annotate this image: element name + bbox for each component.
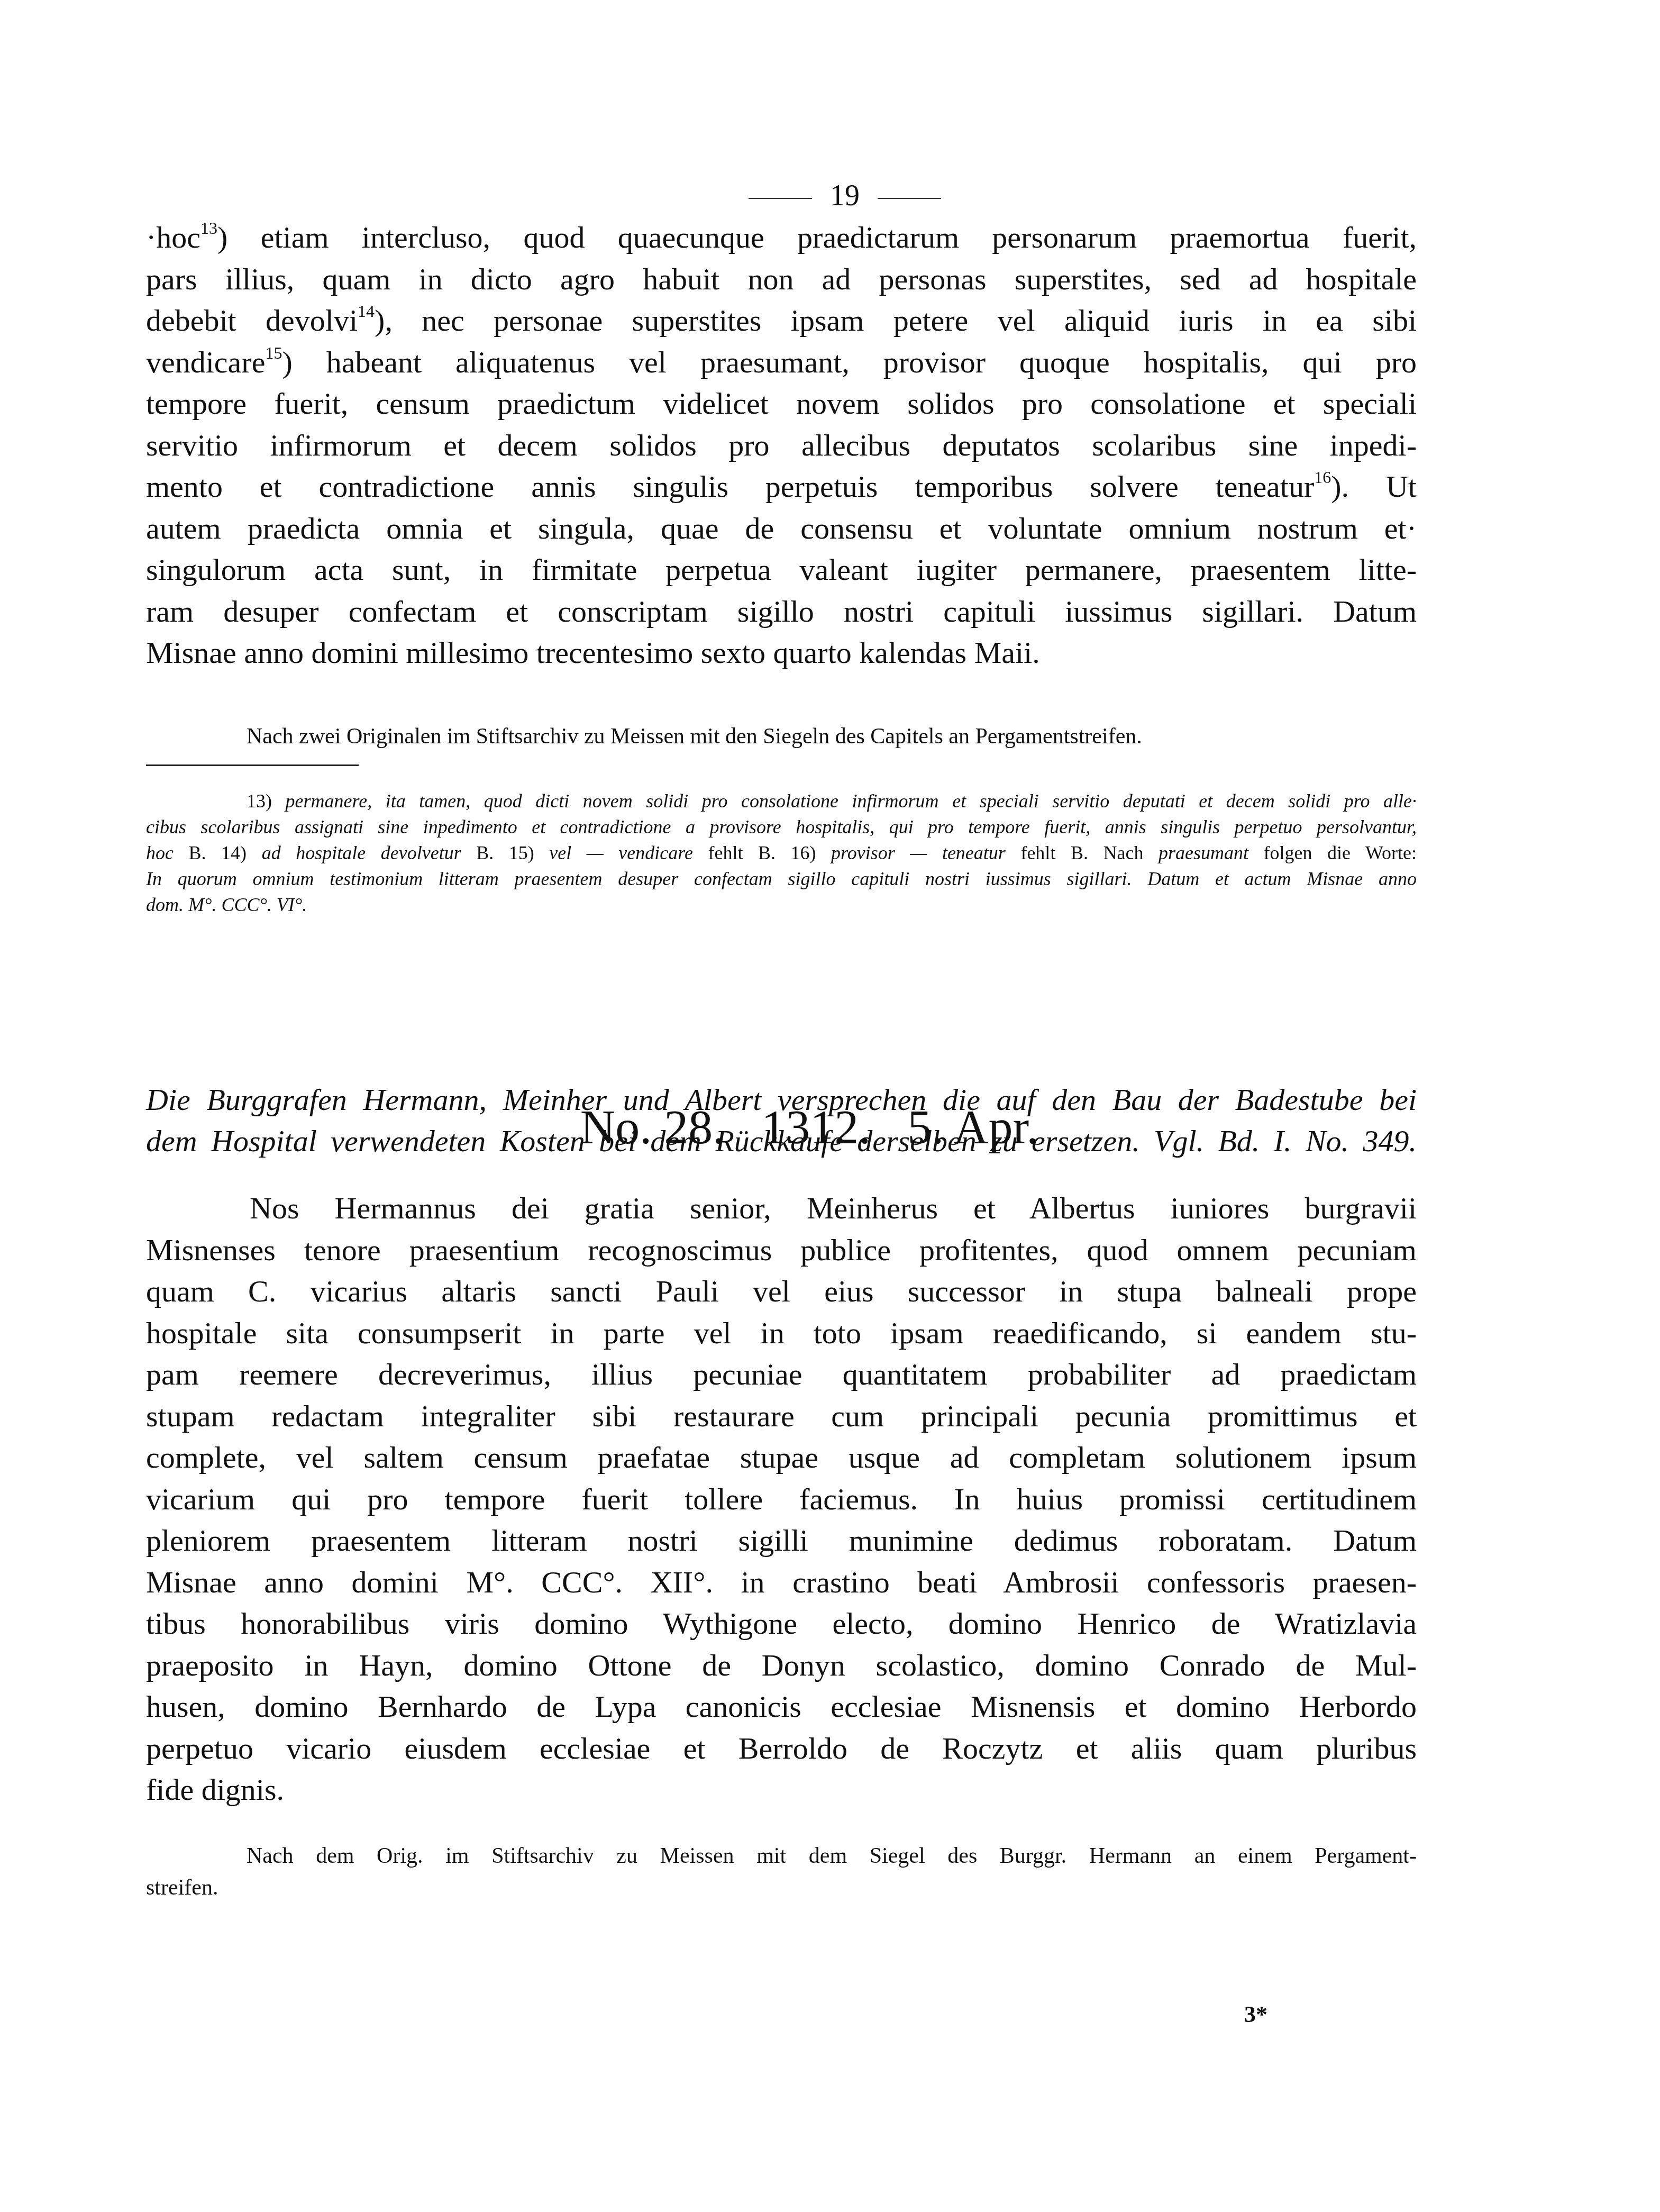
footnote-italic-text: In quorum omnium testimonium litteram pr… bbox=[146, 868, 1417, 889]
text-line: mento et contradictione annis singulis p… bbox=[146, 466, 1417, 508]
text-line: tempore fuerit, censum praedictum videli… bbox=[146, 383, 1417, 425]
charter-27-text: ·hoc13) etiam intercluso, quod quaecunqu… bbox=[146, 217, 1417, 674]
summary-line: Die Burggrafen Hermann, Meinher und Albe… bbox=[146, 1079, 1417, 1121]
text-line: Nos Hermannus dei gratia senior, Meinher… bbox=[146, 1188, 1417, 1230]
charter-28-text: Nos Hermannus dei gratia senior, Meinher… bbox=[146, 1188, 1417, 1811]
charter-summary: Die Burggrafen Hermann, Meinher und Albe… bbox=[146, 1079, 1417, 1162]
charter-28-source-note: Nach dem Orig. im Stiftsarchiv zu Meisse… bbox=[146, 1840, 1417, 1904]
text-line: perpetuo vicario eiusdem ecclesiae et Be… bbox=[146, 1728, 1417, 1770]
footnote-line: cibus scolaribus assignati sine inpedime… bbox=[146, 814, 1417, 840]
footnote-ref[interactable]: 16 bbox=[1314, 468, 1331, 487]
footnote-italic-text: hoc bbox=[146, 842, 174, 863]
footnote-line: 13) permanere, ita tamen, quod dicti nov… bbox=[146, 788, 1417, 814]
text-line: vicarium qui pro tempore fuerit tollere … bbox=[146, 1479, 1417, 1521]
charter-27-source-note: Nach zwei Originalen im Stiftsarchiv zu … bbox=[146, 721, 1417, 752]
footnote-ref[interactable]: 14 bbox=[358, 302, 375, 321]
running-head-dash-right bbox=[878, 198, 941, 199]
footnote-ref[interactable]: 15 bbox=[265, 343, 282, 362]
footnote-italic-text: cibus scolaribus assignati sine inpedime… bbox=[146, 816, 1417, 838]
footnote-text: B. 15) bbox=[461, 842, 550, 863]
footnote-italic-text: praesumant bbox=[1159, 842, 1248, 863]
footnote-italic-text: provisor — teneatur bbox=[831, 842, 1006, 863]
text-line: Misnenses tenore praesentium recognoscim… bbox=[146, 1230, 1417, 1271]
source-note-line: streifen. bbox=[146, 1872, 1417, 1904]
footnote-italic-text: ad hospitale devolvetur bbox=[262, 842, 461, 863]
source-note-line: Nach dem Orig. im Stiftsarchiv zu Meisse… bbox=[146, 1840, 1417, 1872]
footnote-italic-text: permanere, ita tamen, quod dicti novem s… bbox=[286, 790, 1417, 812]
footnotes: 13) permanere, ita tamen, quod dicti nov… bbox=[146, 788, 1417, 918]
text-line: tibus honorabilibus viris domino Wythigo… bbox=[146, 1603, 1417, 1645]
source-note-text: Nach zwei Originalen im Stiftsarchiv zu … bbox=[146, 721, 1417, 752]
document-page: 19 ·hoc13) etiam intercluso, quod quaecu… bbox=[0, 0, 1660, 2212]
summary-line: dem Hospital verwendeten Kosten bei dem … bbox=[146, 1121, 1417, 1162]
text-line: praeposito in Hayn, domino Ottone de Don… bbox=[146, 1645, 1417, 1687]
footnote-text: B. 14) bbox=[174, 842, 262, 863]
footnote-text: 13) bbox=[247, 790, 286, 812]
text-line: pars illius, quam in dicto agro habuit n… bbox=[146, 259, 1417, 301]
text-line: husen, domino Bernhardo de Lypa canonici… bbox=[146, 1686, 1417, 1728]
footnote-line: hoc B. 14) ad hospitale devolvetur B. 15… bbox=[146, 840, 1417, 866]
text-line: pam reemere decreverimus, illius pecunia… bbox=[146, 1354, 1417, 1396]
footnote-line: dom. M°. CCC°. VI°. bbox=[146, 892, 1417, 918]
text-line: vendicare15) habeant aliquatenus vel pra… bbox=[146, 342, 1417, 384]
text-line: debebit devolvi14), nec personae superst… bbox=[146, 300, 1417, 342]
text-line: servitio infirmorum et decem solidos pro… bbox=[146, 425, 1417, 467]
footnote-line: In quorum omnium testimonium litteram pr… bbox=[146, 866, 1417, 892]
footnote-divider bbox=[146, 764, 359, 766]
running-head-dash-left bbox=[749, 198, 812, 199]
text-line: pleniorem praesentem litteram nostri sig… bbox=[146, 1520, 1417, 1562]
footnote-text: fehlt B. 16) bbox=[693, 842, 831, 863]
footnote-italic-text: vel — vendicare bbox=[549, 842, 693, 863]
text-line: hospitale sita consumpserit in parte vel… bbox=[146, 1313, 1417, 1354]
text-line: Misnae anno domini millesimo trecentesim… bbox=[146, 632, 1417, 674]
text-line: singulorum acta sunt, in firmitate perpe… bbox=[146, 549, 1417, 591]
text-line: ·hoc13) etiam intercluso, quod quaecunqu… bbox=[146, 217, 1417, 259]
page-number: 19 bbox=[830, 179, 860, 212]
footnote-ref[interactable]: 13 bbox=[200, 219, 217, 238]
footnote-text: fehlt B. Nach bbox=[1006, 842, 1159, 863]
footnote-italic-text: dom. M°. CCC°. VI°. bbox=[146, 894, 307, 915]
signature-mark: 3* bbox=[1244, 1999, 1267, 2031]
text-line: Misnae anno domini M°. CCC°. XII°. in cr… bbox=[146, 1562, 1417, 1604]
text-line: complete, vel saltem censum praefatae st… bbox=[146, 1437, 1417, 1479]
footnote-text: folgen die Worte: bbox=[1248, 842, 1417, 863]
text-line: stupam redactam integraliter sibi restau… bbox=[146, 1396, 1417, 1437]
text-line: fide dignis. bbox=[146, 1769, 1417, 1811]
text-line: ram desuper confectam et conscriptam sig… bbox=[146, 591, 1417, 633]
text-line: quam C. vicarius altaris sancti Pauli ve… bbox=[146, 1271, 1417, 1313]
text-line: autem praedicta omnia et singula, quae d… bbox=[146, 508, 1417, 550]
